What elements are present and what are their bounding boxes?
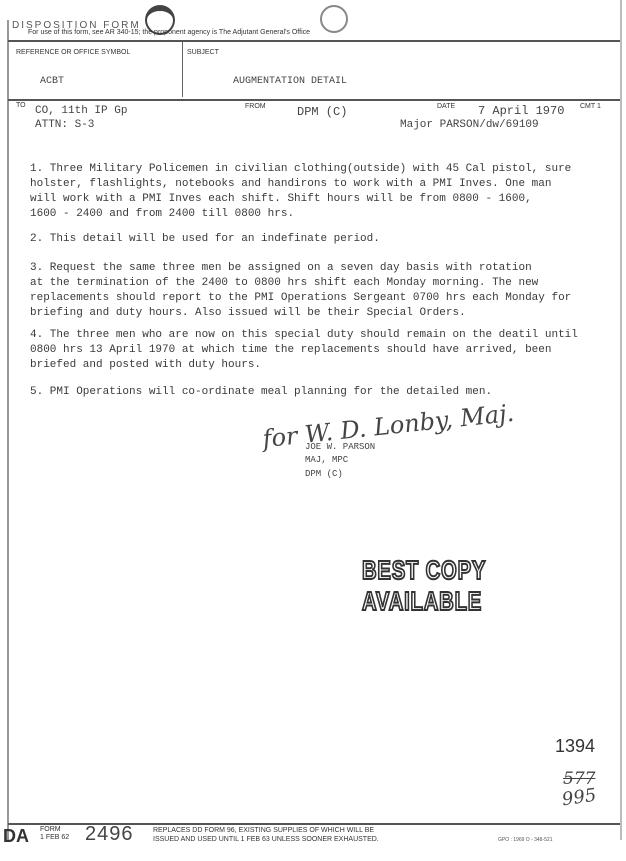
handwritten-signature: for W. D. Lonby, Maj. xyxy=(261,399,515,453)
header-top-rule xyxy=(8,40,620,42)
reference-label: Reference or Office Symbol xyxy=(16,49,130,56)
reference-value: ACBT xyxy=(40,76,64,87)
footer-gpo: GPO : 1969 O - 348-521 xyxy=(498,837,552,843)
header-divider xyxy=(182,42,183,97)
form-use-notice: For use of this form, see AR 340-15; the… xyxy=(28,29,310,36)
subject-label: Subject xyxy=(187,49,219,56)
footer-da: DA xyxy=(3,826,29,847)
footer-form-line-2: 1 FEB 62 xyxy=(40,834,69,842)
page-number: 1394 xyxy=(555,736,595,757)
page-right-edge xyxy=(620,0,622,840)
to-label: TO xyxy=(16,102,26,109)
to-line-1: CO, 11th IP Gp xyxy=(35,105,127,117)
paragraph-4: 4. The three men who are now on this spe… xyxy=(30,328,590,373)
paragraph-1: 1. Three Military Policemen in civilian … xyxy=(30,162,590,222)
paragraph-2: 2. This detail will be used for an indef… xyxy=(30,232,590,247)
header-mid-rule xyxy=(8,99,620,101)
signer-name: JOE W. PARSON xyxy=(305,442,375,452)
signer-rank: MAJ, MPC xyxy=(305,455,348,465)
from-value: DPM (C) xyxy=(297,105,347,119)
to-line-2: ATTN: S-3 xyxy=(35,119,94,131)
footer-form-number: 2496 xyxy=(85,823,134,846)
handwritten-number: 995 xyxy=(561,785,598,811)
paragraph-3: 3. Request the same three men be assigne… xyxy=(30,261,590,321)
footer-replaces-line-1: Replaces DD Form 96, existing supplies o… xyxy=(153,826,379,835)
footer-form-line-1: FORM xyxy=(40,826,69,834)
signer-office: DPM (C) xyxy=(305,469,343,479)
date-value: 7 April 1970 xyxy=(478,104,564,118)
author-line: Major PARSON/dw/69109 xyxy=(400,119,539,131)
paragraph-5: 5. PMI Operations will co-ordinate meal … xyxy=(30,385,590,400)
footer-form-label: FORM 1 FEB 62 xyxy=(40,826,69,842)
best-copy-stamp: BEST COPY AVAILABLE xyxy=(362,555,568,617)
date-label: DATE xyxy=(437,103,455,110)
agency-seal-icon xyxy=(320,5,348,33)
subject-value: AUGMENTATION DETAIL xyxy=(233,76,347,87)
from-label: FROM xyxy=(245,103,266,110)
page-left-edge xyxy=(7,20,9,840)
footer-replaces-note: Replaces DD Form 96, existing supplies o… xyxy=(153,826,379,844)
cmt-label: CMT 1 xyxy=(580,103,601,110)
footer-replaces-line-2: issued and used until 1 Feb 63 unless so… xyxy=(153,835,379,844)
